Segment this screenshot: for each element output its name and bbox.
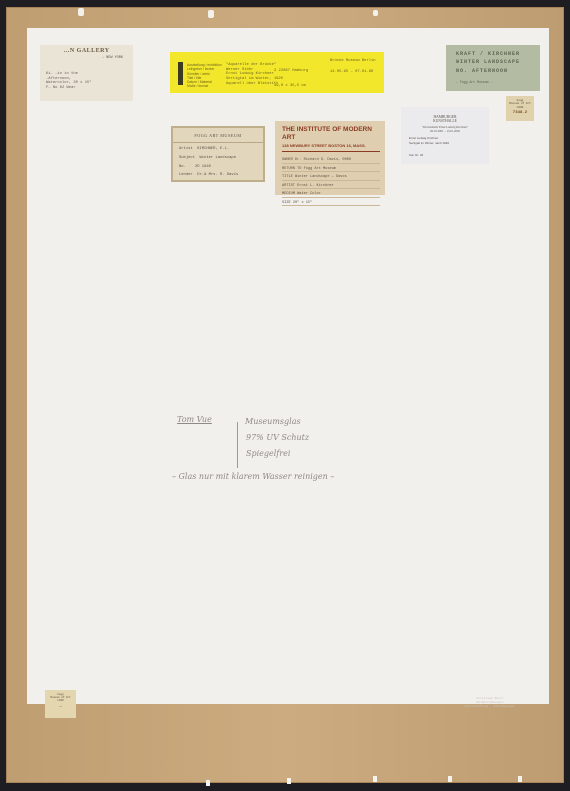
handwritten-line: Museumsglas: [245, 417, 301, 426]
institute-of-modern-art-label: THE INSTITUTE OF MODERN ART 138 NEWBURY …: [275, 121, 385, 195]
tape-tear: [373, 10, 378, 16]
gallery-label: …N GALLERY … NEW YORK Ki… …in in the …Af…: [40, 45, 133, 101]
fogg-loan-sticker-bottom: Fogg Museum of Art LOAN …: [45, 690, 76, 718]
frame-pin: [448, 776, 452, 782]
handwritten-line: 97% UV Schutz: [246, 433, 309, 442]
green-label: KRAFT / KIRCHNER WINTER LANDSCAPE NO. AF…: [446, 45, 540, 91]
handwritten-note: – Glas nur mit klarem Wasser reinigen –: [172, 472, 334, 481]
fogg-loan-sticker-top: Fogg Museum of Art LOAN 7348.2: [506, 96, 534, 121]
frame-pin: [287, 778, 291, 784]
fogg-art-museum-label: FOGG ART MUSEUM Artist KIRCHNER, E.L. Su…: [171, 126, 265, 182]
tape-tear: [208, 10, 214, 18]
frame-pin: [518, 776, 522, 782]
hamburger-kunsthalle-label: HAMBURGER KUNSTHALLE "Im Zentrum: Ernst …: [401, 107, 489, 164]
yellow-exhibition-label: Ausstellung / exhibition Leihgeber / len…: [170, 52, 384, 93]
handwritten-name: Tom Vue: [177, 415, 212, 424]
handwritten-bracket: [237, 422, 242, 468]
frame-pin: [373, 776, 377, 782]
frame-pin: [206, 780, 210, 786]
museum-logo-icon: [178, 62, 183, 85]
handwritten-line: Spiegelfrei: [246, 449, 290, 458]
framer-stamp: Christian Stoll Bilderrahmungen Kunsthan…: [450, 697, 530, 720]
tape-tear: [78, 8, 84, 16]
